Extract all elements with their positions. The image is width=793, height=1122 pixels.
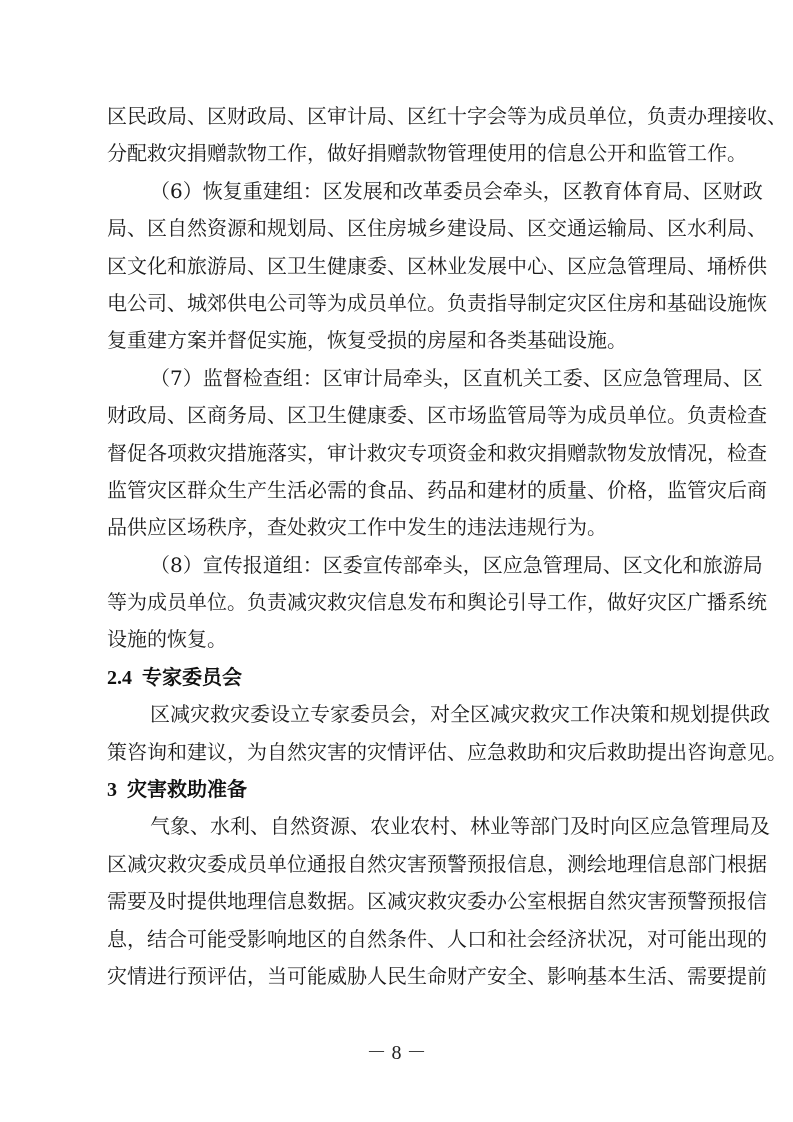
section-heading-2-4: 2.4专家委员会 <box>107 659 714 696</box>
text-line: 局、区自然资源和规划局、区住房城乡建设局、区交通运输局、区水利局、 <box>107 210 714 247</box>
page-number: － 8 － <box>0 1036 793 1065</box>
text-line: 需要及时提供地理信息数据。区减灾救灾委办公室根据自然灾害预警预报信 <box>107 883 714 920</box>
text-line: 督促各项救灾措施落实，审计救灾专项资金和救灾捐赠款物发放情况，检查 <box>107 435 714 472</box>
text-line: 品供应区场秩序，查处救灾工作中发生的违法违规行为。 <box>107 509 714 546</box>
text-line: 灾情进行预评估，当可能威胁人民生命财产安全、影响基本生活、需要提前 <box>107 958 714 995</box>
page-content: 区民政局、区财政局、区审计局、区红十字会等为成员单位，负责办理接收、 分配救灾捐… <box>107 98 714 995</box>
text-line: 财政局、区商务局、区卫生健康委、区市场监管局等为成员单位。负责检查 <box>107 397 714 434</box>
text-line: 监管灾区群众生产生活必需的食品、药品和建材的质量、价格，监管灾后商 <box>107 472 714 509</box>
section-number: 2.4 <box>107 667 132 689</box>
text-line: 气象、水利、自然资源、农业农村、林业等部门及时向区应急管理局及 <box>107 808 714 845</box>
text-line: 设施的恢复。 <box>107 621 714 658</box>
text-line: 区减灾救灾委成员单位通报自然灾害预警预报信息，测绘地理信息部门根据 <box>107 846 714 883</box>
text-line: 区减灾救灾委设立专家委员会，对全区减灾救灾工作决策和规划提供政 <box>107 696 714 733</box>
section-title: 专家委员会 <box>142 665 242 689</box>
text-line: （7）监督检查组：区审计局牵头，区直机关工委、区应急管理局、区 <box>107 360 714 397</box>
text-line: 区民政局、区财政局、区审计局、区红十字会等为成员单位，负责办理接收、 <box>107 98 714 135</box>
paragraph-expert-committee: 区减灾救灾委设立专家委员会，对全区减灾救灾工作决策和规划提供政 策咨询和建议，为… <box>107 696 714 771</box>
section-heading-3: 3灾害救助准备 <box>107 771 714 808</box>
text-line: 复重建方案并督促实施，恢复受损的房屋和各类基础设施。 <box>107 322 714 359</box>
paragraph-supervision-group: （7）监督检查组：区审计局牵头，区直机关工委、区应急管理局、区 财政局、区商务局… <box>107 360 714 547</box>
section-title: 灾害救助准备 <box>127 777 247 801</box>
text-line: 分配救灾捐赠款物工作，做好捐赠款物管理使用的信息公开和监管工作。 <box>107 135 714 172</box>
paragraph-disaster-preparation: 气象、水利、自然资源、农业农村、林业等部门及时向区应急管理局及 区减灾救灾委成员… <box>107 808 714 995</box>
text-line: （6）恢复重建组：区发展和改革委员会牵头，区教育体育局、区财政 <box>107 173 714 210</box>
paragraph-recovery-group: （6）恢复重建组：区发展和改革委员会牵头，区教育体育局、区财政 局、区自然资源和… <box>107 173 714 360</box>
text-line: 策咨询和建议，为自然灾害的灾情评估、应急救助和灾后救助提出咨询意见。 <box>107 734 714 771</box>
text-line: 电公司、城郊供电公司等为成员单位。负责指导制定灾区住房和基础设施恢 <box>107 285 714 322</box>
text-line: 等为成员单位。负责减灾救灾信息发布和舆论引导工作，做好灾区广播系统 <box>107 584 714 621</box>
section-number: 3 <box>107 779 117 801</box>
document-page: 区民政局、区财政局、区审计局、区红十字会等为成员单位，负责办理接收、 分配救灾捐… <box>0 0 793 1122</box>
paragraph-publicity-group: （8）宣传报道组：区委宣传部牵头，区应急管理局、区文化和旅游局 等为成员单位。负… <box>107 547 714 659</box>
text-line: 息，结合可能受影响地区的自然条件、人口和社会经济状况，对可能出现的 <box>107 921 714 958</box>
text-line: 区文化和旅游局、区卫生健康委、区林业发展中心、区应急管理局、埇桥供 <box>107 248 714 285</box>
paragraph-continued: 区民政局、区财政局、区审计局、区红十字会等为成员单位，负责办理接收、 分配救灾捐… <box>107 98 714 173</box>
text-line: （8）宣传报道组：区委宣传部牵头，区应急管理局、区文化和旅游局 <box>107 547 714 584</box>
